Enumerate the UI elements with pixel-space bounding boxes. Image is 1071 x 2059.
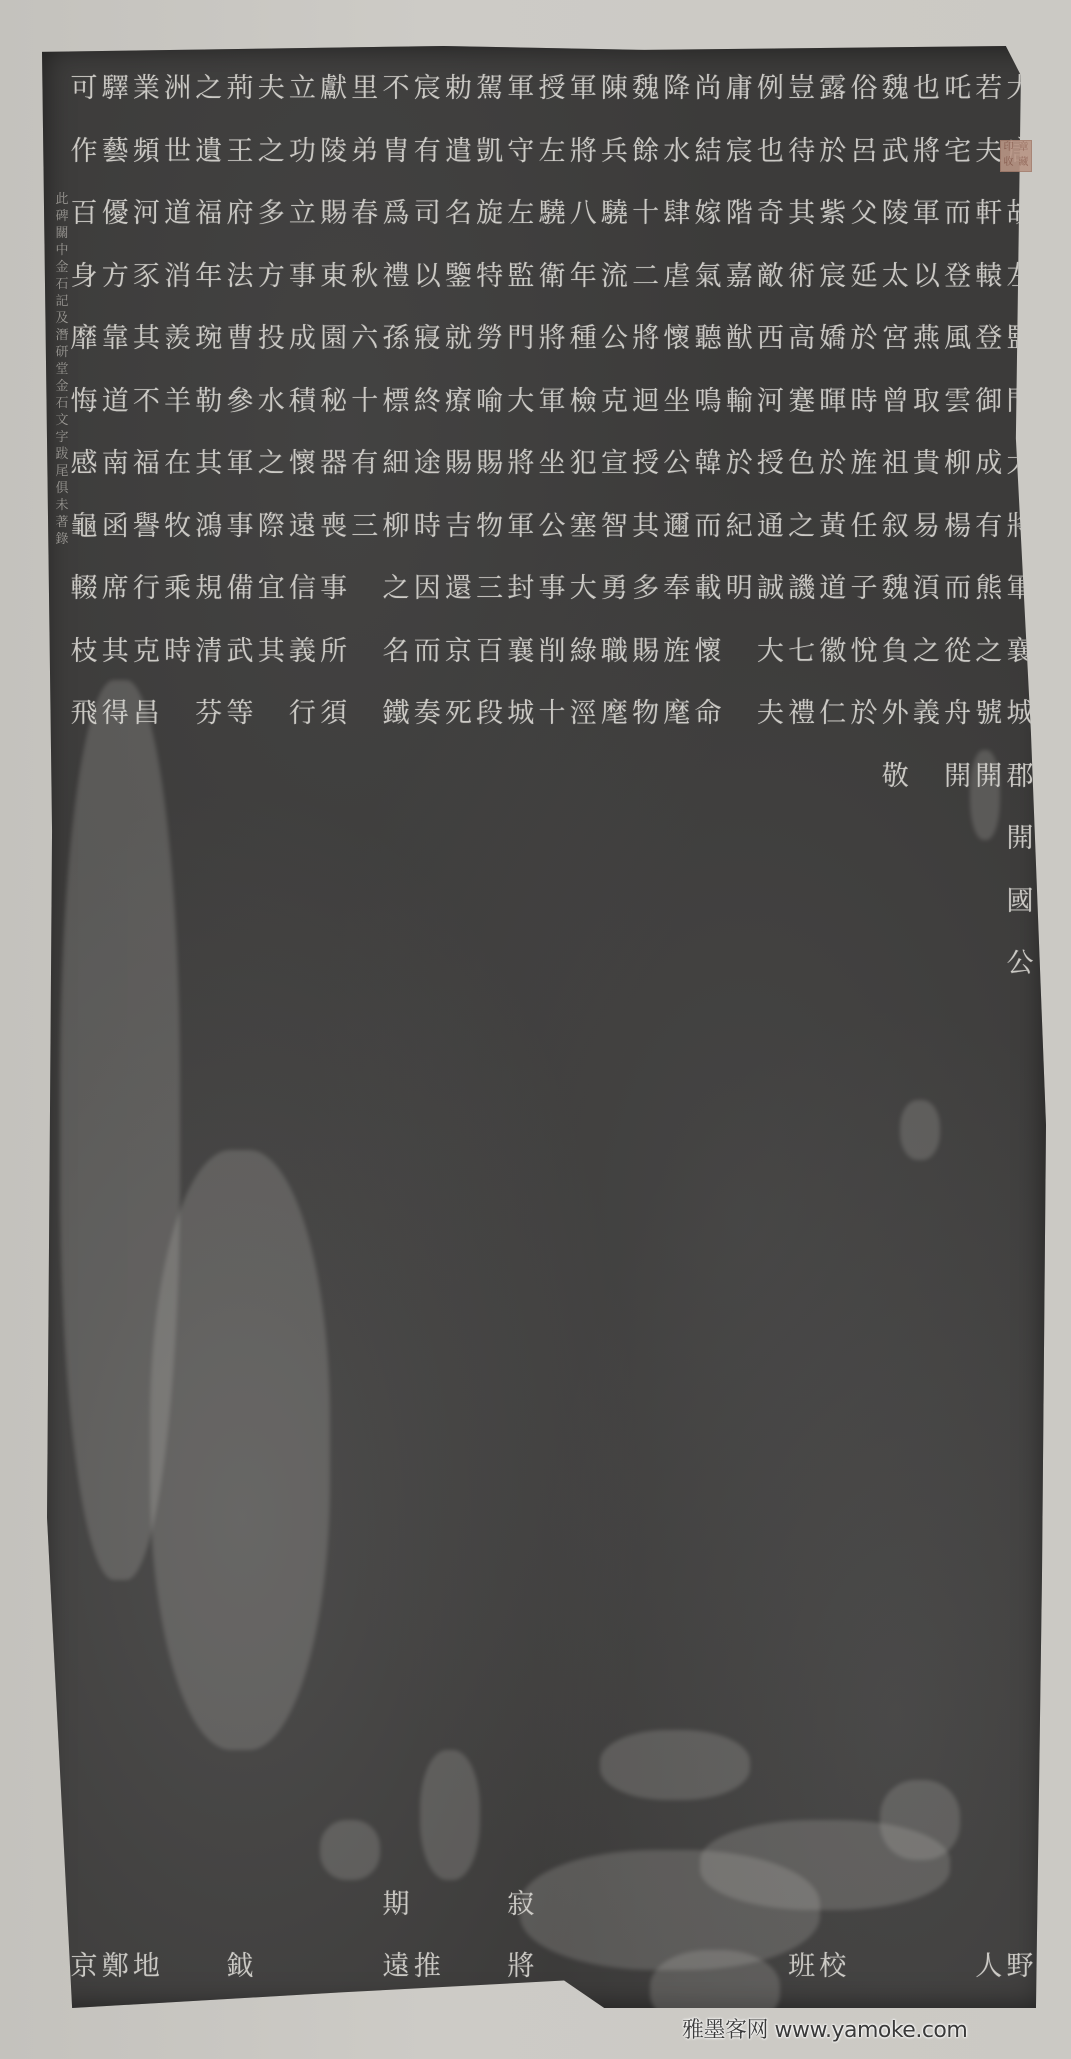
inscription-glyph: 所 [320, 621, 347, 684]
inscription-glyph: 二 [632, 246, 659, 309]
inscription-glyph: 開 [1007, 808, 1034, 871]
inscription-glyph: 不 [383, 58, 410, 121]
inscription-glyph: 乘 [164, 558, 191, 621]
inscription-glyph: 在 [164, 433, 191, 496]
inscription-glyph: 登 [944, 246, 971, 309]
inscription-glyph: 軍 [539, 371, 566, 434]
inscription-glyph: 駕 [476, 58, 503, 121]
inscription-glyph: 牧 [164, 496, 191, 559]
inscription-glyph: 方 [258, 246, 285, 309]
inscription-glyph: 宸 [819, 246, 846, 309]
inscription-glyph: 藝 [102, 121, 129, 184]
inscription-glyph: 守 [507, 121, 534, 184]
inscription-glyph: 宸 [726, 121, 753, 184]
inscription-glyph: 秋 [351, 246, 378, 309]
inscription-glyph: 塞 [570, 496, 597, 559]
inscription-glyph: 西 [757, 308, 784, 371]
inscription-glyph: 熊 [975, 558, 1002, 621]
inscription-glyph: 作 [71, 121, 98, 184]
watermark: 雅墨客网 www.yamoke.com [682, 2013, 967, 2044]
inscription-glyph: 靠 [102, 308, 129, 371]
inscription-glyph: 夫 [975, 121, 1002, 184]
inscription-glyph: 立 [289, 58, 316, 121]
inscription-glyph: 邇 [663, 496, 690, 559]
inscription-glyph: 京 [445, 621, 472, 684]
inscription-glyph: 衛 [539, 246, 566, 309]
inscription-glyph: 勇 [601, 558, 628, 621]
inscription-glyph: 待 [788, 121, 815, 184]
inscription-glyph: 年 [195, 246, 222, 309]
inscription-glyph: 也 [757, 121, 784, 184]
inscription-glyph: 事 [227, 496, 254, 559]
inscription-glyph: 延 [851, 246, 878, 309]
inscription-glyph: 負 [882, 621, 909, 684]
inscription-glyph: 旌 [663, 621, 690, 684]
inscription-glyph: 規 [195, 558, 222, 621]
inscription-glyph: 任 [851, 496, 878, 559]
inscription-glyph: 於 [851, 683, 878, 746]
inscription-glyph: 不 [133, 371, 160, 434]
inscription-glyph: 琬 [195, 308, 222, 371]
inscription-glyph: 轅 [975, 246, 1002, 309]
inscription-glyph: 武 [882, 121, 909, 184]
inscription-column: 例也奇敵西河授通誠大夫 [755, 58, 785, 746]
inscription-glyph: 春 [351, 183, 378, 246]
inscription-glyph: 洲 [164, 58, 191, 121]
inscription-glyph: 餘 [632, 121, 659, 184]
inscription-glyph: 器 [320, 433, 347, 496]
inscription-column: 荊王府法曹參軍事備武等 [225, 58, 255, 746]
inscription-glyph: 坐 [663, 371, 690, 434]
inscription-glyph: 之 [258, 433, 285, 496]
inscription-glyph: 左 [507, 183, 534, 246]
inscription-glyph: 人 [974, 1936, 1004, 1999]
inscription-glyph: 勅 [445, 58, 472, 121]
inscription-glyph: 奏 [414, 683, 441, 746]
inscription-glyph: 犯 [570, 433, 597, 496]
inscription-glyph: 勒 [195, 371, 222, 434]
inscription-glyph: 祖 [882, 433, 909, 496]
inscription-glyph: 喪 [320, 496, 347, 559]
seal-glyph: 收 [1001, 156, 1016, 171]
inscription-glyph: 將 [570, 121, 597, 184]
inscription-glyph: 明 [726, 558, 753, 621]
inscription-glyph: 感 [71, 433, 98, 496]
inscription-glyph: 軒 [975, 183, 1002, 246]
inscription-glyph: 悅 [851, 621, 878, 684]
inscription-glyph: 立 [289, 183, 316, 246]
inscription-column: 陳兵驍流公克宣智勇職麾 [599, 58, 629, 746]
inscription-glyph: 悔 [71, 371, 98, 434]
inscription-glyph: 司 [414, 183, 441, 246]
inscription-glyph: 其 [133, 308, 160, 371]
inscription-glyph: 喻 [476, 371, 503, 434]
inscription-glyph: 其 [258, 621, 285, 684]
inscription-glyph: 賜 [320, 183, 347, 246]
inscription-glyph: 結 [695, 121, 722, 184]
inscription-glyph: 獻 [320, 58, 347, 121]
annotation-glyph: 石 [55, 276, 68, 293]
inscription-glyph: 其 [788, 183, 815, 246]
annotation-glyph: 研 [55, 344, 68, 361]
inscription-glyph: 等 [227, 683, 254, 746]
inscription-glyph: 檢 [570, 371, 597, 434]
inscription-glyph: 宣 [601, 433, 628, 496]
inscription-glyph: 削 [539, 621, 566, 684]
inscription-glyph: 吉 [445, 496, 472, 559]
inscription-glyph: 降 [663, 58, 690, 121]
inscription-column: 降水肆虐懷坐公邇奉旌麾 [662, 58, 692, 746]
inscription-glyph: 其 [632, 496, 659, 559]
inscription-glyph: 柳 [383, 496, 410, 559]
inscription-glyph: 事 [539, 558, 566, 621]
inscription-glyph: 禮 [788, 683, 815, 746]
inscription-glyph: 命 [695, 683, 722, 746]
annotation-glyph: 及 [55, 310, 68, 327]
inscription-glyph: 龜 [71, 496, 98, 559]
inscription-glyph: 王 [227, 121, 254, 184]
weathered-patch [420, 1750, 480, 1880]
inscription-glyph: 有 [351, 433, 378, 496]
inscription-glyph: 還 [445, 558, 472, 621]
inscription-glyph: 紀 [726, 496, 753, 559]
inscription-column: 夫之多方投水之際宜其 [256, 58, 286, 683]
inscription-glyph: 福 [195, 183, 222, 246]
inscription-glyph: 氣 [695, 246, 722, 309]
inscription-column: 庸宸階嘉猷輸於紀明 [724, 58, 754, 621]
inscription-glyph: 取 [913, 371, 940, 434]
inscription-glyph: 羨 [164, 308, 191, 371]
inscription-glyph: 將 [507, 433, 534, 496]
margin-annotation: 此碑關中金石記及潛研堂金石文字跋尾俱未著錄 [54, 191, 70, 548]
inscription-glyph: 秘 [320, 371, 347, 434]
annotation-glyph: 金 [55, 259, 68, 276]
inscription-glyph: 懷 [289, 433, 316, 496]
inscription-glyph: 韓 [695, 433, 722, 496]
inscription-glyph: 鳴 [695, 371, 722, 434]
inscription-glyph: 子 [851, 558, 878, 621]
inscription-glyph: 陵 [320, 121, 347, 184]
inscription-glyph: 園 [320, 308, 347, 371]
inscription-column: 勅遣名鑒就療賜吉還京死 [443, 58, 473, 746]
inscription-glyph: 靡 [71, 308, 98, 371]
inscription-glyph: 易 [913, 496, 940, 559]
inscription-glyph: 法 [227, 246, 254, 309]
inscription-glyph: 黃 [819, 496, 846, 559]
inscription-glyph: 鉞 [225, 1936, 255, 1999]
inscription-glyph: 授 [757, 433, 784, 496]
inscription-column: 軍將八年種檢犯塞大綠涇 [568, 58, 598, 746]
inscription-column: 魏餘十二將迴授其多賜物 [631, 58, 661, 746]
inscription-glyph: 須 [320, 683, 347, 746]
inscription-glyph: 野 [1005, 1936, 1035, 1999]
inscription-glyph: 麾 [601, 683, 628, 746]
inscription-glyph: 行 [289, 683, 316, 746]
inscription-glyph: 魏 [632, 58, 659, 121]
inscription-glyph: 之 [195, 58, 222, 121]
inscription-column: 露於紫宸嬌暉於黃道徽仁 [818, 58, 848, 746]
inscription-glyph: 載 [695, 558, 722, 621]
inscription-glyph: 色 [788, 433, 815, 496]
inscription-glyph: 綠 [570, 621, 597, 684]
inscription-column: 也將軍以燕取貴易湏之義 [911, 58, 941, 746]
inscription-column: 驛藝優方靠道南函席其得 [100, 58, 130, 746]
inscription-glyph: 敬 [882, 746, 909, 809]
inscription-glyph: 蹇 [788, 371, 815, 434]
inscription-glyph: 吒 [944, 58, 971, 121]
inscription-glyph: 授 [539, 58, 566, 121]
inscription-glyph: 庸 [726, 58, 753, 121]
inscription-glyph: 六 [351, 308, 378, 371]
inscription-glyph: 其 [195, 433, 222, 496]
inscription-glyph: 世 [164, 121, 191, 184]
inscription-glyph: 流 [601, 246, 628, 309]
inscription-glyph: 御 [975, 371, 1002, 434]
inscription-glyph: 賜 [632, 621, 659, 684]
inscription-column: 獻陵賜東園秘器喪事所須 [319, 58, 349, 746]
inscription-glyph: 寢 [414, 308, 441, 371]
weathered-patch [600, 1730, 750, 1800]
seal-glyph: 印 [1001, 141, 1016, 156]
inscription-glyph: 南 [102, 433, 129, 496]
inscription-glyph: 百 [476, 621, 503, 684]
annotation-glyph: 尾 [55, 463, 68, 480]
inscription-glyph: 河 [133, 183, 160, 246]
inscription-glyph: 名 [383, 621, 410, 684]
inscription-glyph: 開 [944, 746, 971, 809]
inscription-glyph: 道 [819, 558, 846, 621]
inscription-glyph: 遺 [195, 121, 222, 184]
inscription-glyph: 孫 [383, 308, 410, 371]
inscription-glyph: 嫁 [695, 183, 722, 246]
inscription-column: 駕凱旋特勞喻賜物三百段 [475, 58, 505, 746]
inscription-glyph: 陵 [882, 183, 909, 246]
inscription-glyph: 有 [414, 121, 441, 184]
inscription-column: 里弟春秋六十有三 [350, 58, 380, 558]
inscription-column: 業頻河豕其不福譽行克昌 [131, 58, 161, 746]
inscription-glyph: 貴 [913, 433, 940, 496]
annotation-glyph: 金 [55, 378, 68, 395]
inscription-glyph: 於 [819, 433, 846, 496]
inscription-glyph: 奉 [663, 558, 690, 621]
inscription-glyph: 曾 [882, 371, 909, 434]
weathered-patch [880, 1780, 960, 1860]
inscription-glyph: 將 [632, 308, 659, 371]
inscription-glyph: 尚 [695, 58, 722, 121]
stone-rubbing: 此碑關中金石記及潛研堂金石文字跋尾俱未著錄 大唐故左監門大將軍襄城郡開國公若夫軒… [42, 46, 1046, 2008]
inscription-glyph: 芬 [195, 683, 222, 746]
inscription-glyph: 清 [195, 621, 222, 684]
inscription-glyph: 禮 [383, 246, 410, 309]
inscription-glyph: 魏 [882, 58, 909, 121]
inscription-glyph: 多 [632, 558, 659, 621]
annotation-glyph: 中 [55, 242, 68, 259]
inscription-glyph: 呂 [851, 121, 878, 184]
inscription-glyph: 輸 [726, 371, 753, 434]
annotation-glyph: 錄 [55, 531, 68, 548]
inscription-glyph: 驍 [539, 183, 566, 246]
inscription-glyph: 監 [507, 246, 534, 309]
inscription-glyph: 外 [882, 683, 909, 746]
annotation-glyph: 石 [55, 395, 68, 412]
inscription-glyph: 事 [320, 558, 347, 621]
inscription-glyph: 十 [632, 183, 659, 246]
inscription-glyph: 其 [102, 621, 129, 684]
inscription-glyph: 鴻 [195, 496, 222, 559]
inscription-glyph: 百 [71, 183, 98, 246]
inscription-glyph: 嘉 [726, 246, 753, 309]
inscription-glyph: 術 [788, 246, 815, 309]
inscription-glyph: 之 [975, 621, 1002, 684]
inscription-glyph: 福 [133, 433, 160, 496]
inscription-glyph: 參 [227, 371, 254, 434]
inscription-glyph: 京 [69, 1936, 99, 1999]
inscription-glyph: 勞 [476, 308, 503, 371]
inscription-glyph: 懷 [695, 621, 722, 684]
inscription-glyph: 軍 [570, 58, 597, 121]
inscription-glyph: 賜 [445, 433, 472, 496]
inscription-glyph: 智 [601, 496, 628, 559]
inscription-glyph: 之 [258, 121, 285, 184]
inscription-column: 俗呂父延於時旌任子悅於 [849, 58, 879, 746]
inscription-glyph: 公 [1007, 933, 1034, 996]
inscription-glyph: 驍 [601, 183, 628, 246]
inscription-glyph: 細 [383, 433, 410, 496]
inscription-glyph: 旋 [476, 183, 503, 246]
inscription-glyph: 徽 [819, 621, 846, 684]
annotation-glyph: 記 [55, 293, 68, 310]
inscription-glyph: 而 [944, 558, 971, 621]
inscription-glyph: 投 [258, 308, 285, 371]
inscription-glyph: 大 [757, 621, 784, 684]
inscription-glyph: 凱 [476, 121, 503, 184]
inscription-glyph: 迴 [632, 371, 659, 434]
inscription-glyph: 俗 [851, 58, 878, 121]
weathered-patch [900, 1100, 940, 1160]
inscription-glyph: 名 [445, 183, 472, 246]
inscription-glyph: 柳 [944, 433, 971, 496]
inscription-glyph: 弟 [351, 121, 378, 184]
annotation-glyph: 關 [55, 225, 68, 242]
inscription-glyph: 枝 [71, 621, 98, 684]
inscription-glyph: 猷 [726, 308, 753, 371]
inscription-glyph: 譽 [133, 496, 160, 559]
inscription-glyph: 軍 [507, 58, 534, 121]
inscription-glyph: 公 [539, 496, 566, 559]
inscription-glyph: 之 [788, 496, 815, 559]
inscription-glyph: 大 [507, 371, 534, 434]
inscription-glyph: 涇 [570, 683, 597, 746]
weathered-patch [970, 750, 1000, 840]
inscription-glyph: 國 [1007, 871, 1034, 934]
inscription-glyph: 登 [975, 308, 1002, 371]
annotation-glyph: 字 [55, 429, 68, 446]
inscription-glyph: 宅 [944, 121, 971, 184]
inscription-glyph: 河 [757, 371, 784, 434]
inscription-glyph: 道 [164, 183, 191, 246]
inscription-glyph: 豈 [788, 58, 815, 121]
inscription-glyph: 物 [476, 496, 503, 559]
inscription-glyph: 八 [570, 183, 597, 246]
inscription-glyph: 夫 [258, 58, 285, 121]
annotation-glyph: 碑 [55, 208, 68, 225]
inscription-glyph: 嬌 [819, 308, 846, 371]
inscription-glyph: 公 [601, 308, 628, 371]
inscription-glyph: 誠 [757, 558, 784, 621]
inscription-glyph: 從 [944, 621, 971, 684]
inscription-glyph: 年 [570, 246, 597, 309]
inscription-glyph: 遣 [445, 121, 472, 184]
inscription-glyph: 封 [507, 558, 534, 621]
inscription-glyph: 優 [102, 183, 129, 246]
inscription-glyph: 水 [663, 121, 690, 184]
inscription-glyph: 鄭 [100, 1936, 130, 1999]
inscription-glyph: 療 [445, 371, 472, 434]
inscription-glyph: 兵 [601, 121, 628, 184]
inscription-glyph: 義 [289, 621, 316, 684]
inscription-glyph: 輟 [71, 558, 98, 621]
inscription-glyph: 職 [601, 621, 628, 684]
inscription-glyph: 水 [258, 371, 285, 434]
inscription-glyph: 事 [289, 246, 316, 309]
inscription-glyph: 將 [913, 121, 940, 184]
inscription-glyph: 軍 [227, 433, 254, 496]
inscription-column: 豈待其術高蹇色之譏七禮 [787, 58, 817, 746]
inscription-glyph: 宮 [882, 308, 909, 371]
inscription-glyph: 十 [539, 683, 566, 746]
inscription-glyph: 而 [944, 183, 971, 246]
inscription-glyph: 露 [819, 58, 846, 121]
inscription-column: 魏武陵太宮曾祖叙魏負外敬 [880, 58, 910, 808]
inscription-glyph: 成 [975, 433, 1002, 496]
inscription-glyph: 襄 [507, 621, 534, 684]
inscription-glyph: 有 [975, 496, 1002, 559]
inscription-glyph: 三 [476, 558, 503, 621]
inscription-glyph: 軍 [913, 183, 940, 246]
weathered-patch [320, 1820, 380, 1880]
inscription-glyph: 麾 [663, 683, 690, 746]
inscription-glyph: 驛 [102, 58, 129, 121]
inscription-glyph: 之 [383, 558, 410, 621]
inscription-glyph: 門 [507, 308, 534, 371]
inscription-glyph: 積 [289, 371, 316, 434]
inscription-glyph: 也 [913, 58, 940, 121]
inscription-glyph: 消 [164, 246, 191, 309]
inscription-glyph: 肆 [663, 183, 690, 246]
inscription-glyph: 於 [819, 121, 846, 184]
inscription-glyph: 魏 [882, 558, 909, 621]
inscription-glyph: 方 [102, 246, 129, 309]
inscription-glyph: 死 [445, 683, 472, 746]
inscription-glyph: 胄 [383, 121, 410, 184]
inscription-glyph: 就 [445, 308, 472, 371]
inscription-glyph: 時 [851, 371, 878, 434]
inscription-glyph: 身 [71, 246, 98, 309]
inscription-glyph: 之 [913, 621, 940, 684]
annotation-glyph: 未 [55, 497, 68, 514]
inscription-column: 軍守左監門大將軍封襄城 [506, 58, 536, 746]
inscription-glyph: 城 [507, 683, 534, 746]
inscription-glyph: 高 [788, 308, 815, 371]
inscription-glyph: 多 [258, 183, 285, 246]
inscription-column: 宸有司以寢終途時因而奏 [412, 58, 442, 746]
inscription-glyph: 若 [975, 58, 1002, 121]
inscription-glyph: 可 [71, 58, 98, 121]
inscription-column: 洲世道消羨羊在牧乘時 [163, 58, 193, 683]
inscription-glyph: 風 [944, 308, 971, 371]
inscription-column: 可作百身靡悔感龜輟枝飛 [69, 58, 99, 746]
inscription-glyph: 種 [570, 308, 597, 371]
